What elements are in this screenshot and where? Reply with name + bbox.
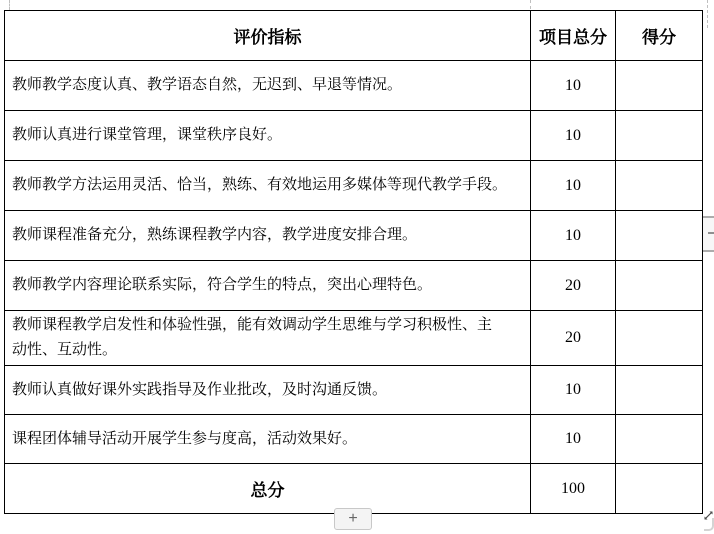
score-cell[interactable]: [616, 61, 703, 111]
total-label-cell[interactable]: 总分: [5, 464, 531, 514]
page-guide-left: [9, 0, 10, 10]
total-cell[interactable]: 10: [531, 415, 616, 464]
document-page: 评价指标 项目总分 得分 教师教学态度认真、教学语态自然，无迟到、早退等情况。 …: [0, 0, 714, 534]
add-row-button[interactable]: +: [334, 508, 372, 530]
indicator-cell[interactable]: 课程团体辅导活动开展学生参与度高，活动效果好。: [5, 415, 531, 464]
indicator-cell[interactable]: 教师教学态度认真、教学语态自然，无迟到、早退等情况。: [5, 61, 531, 111]
evaluation-table: 评价指标 项目总分 得分 教师教学态度认真、教学语态自然，无迟到、早退等情况。 …: [4, 10, 703, 514]
page-guide-middle: [530, 0, 531, 9]
score-cell[interactable]: [616, 415, 703, 464]
plus-icon: +: [348, 510, 357, 527]
table-row: 教师教学方法运用灵活、恰当，熟练、有效地运用多媒体等现代教学手段。 10: [5, 161, 703, 211]
score-cell[interactable]: [616, 261, 703, 311]
score-cell[interactable]: [616, 111, 703, 161]
table-row: 教师认真做好课外实践指导及作业批改，及时沟通反馈。 10: [5, 366, 703, 415]
total-cell[interactable]: 20: [531, 261, 616, 311]
total-row: 总分 100: [5, 464, 703, 514]
header-indicator[interactable]: 评价指标: [5, 11, 531, 61]
scrollbar-thumb[interactable]: [703, 216, 714, 252]
score-cell[interactable]: [616, 161, 703, 211]
table-row: 教师教学态度认真、教学语态自然，无迟到、早退等情况。 10: [5, 61, 703, 111]
table-row: 教师课程准备充分，熟练课程教学内容，教学进度安排合理。 10: [5, 211, 703, 261]
header-project-total[interactable]: 项目总分: [531, 11, 616, 61]
total-cell[interactable]: 20: [531, 311, 616, 366]
table-resize-icon[interactable]: [703, 508, 714, 519]
table-header-row: 评价指标 项目总分 得分: [5, 11, 703, 61]
indicator-cell[interactable]: 教师课程准备充分，熟练课程教学内容，教学进度安排合理。: [5, 211, 531, 261]
indicator-cell[interactable]: 教师认真做好课外实践指导及作业批改，及时沟通反馈。: [5, 366, 531, 415]
total-value-cell[interactable]: 100: [531, 464, 616, 514]
indicator-cell[interactable]: 教师认真进行课堂管理，课堂秩序良好。: [5, 111, 531, 161]
header-score[interactable]: 得分: [616, 11, 703, 61]
total-cell[interactable]: 10: [531, 161, 616, 211]
table-row: 教师教学内容理论联系实际，符合学生的特点，突出心理特色。 20: [5, 261, 703, 311]
grip-dash-icon: [708, 232, 714, 234]
score-cell[interactable]: [616, 366, 703, 415]
table-row: 教师认真进行课堂管理，课堂秩序良好。 10: [5, 111, 703, 161]
score-cell[interactable]: [616, 464, 703, 514]
indicator-cell[interactable]: 教师教学内容理论联系实际，符合学生的特点，突出心理特色。: [5, 261, 531, 311]
page-guide-right: [707, 0, 708, 28]
indicator-cell[interactable]: 教师课程教学启发性和体验性强，能有效调动学生思维与学习积极性、主 动性、互动性。: [5, 311, 531, 366]
table-row: 课程团体辅导活动开展学生参与度高，活动效果好。 10: [5, 415, 703, 464]
score-cell[interactable]: [616, 311, 703, 366]
total-cell[interactable]: 10: [531, 211, 616, 261]
total-cell[interactable]: 10: [531, 366, 616, 415]
total-cell[interactable]: 10: [531, 111, 616, 161]
indicator-cell[interactable]: 教师教学方法运用灵活、恰当，熟练、有效地运用多媒体等现代教学手段。: [5, 161, 531, 211]
total-cell[interactable]: 10: [531, 61, 616, 111]
score-cell[interactable]: [616, 211, 703, 261]
table-row: 教师课程教学启发性和体验性强，能有效调动学生思维与学习积极性、主 动性、互动性。…: [5, 311, 703, 366]
